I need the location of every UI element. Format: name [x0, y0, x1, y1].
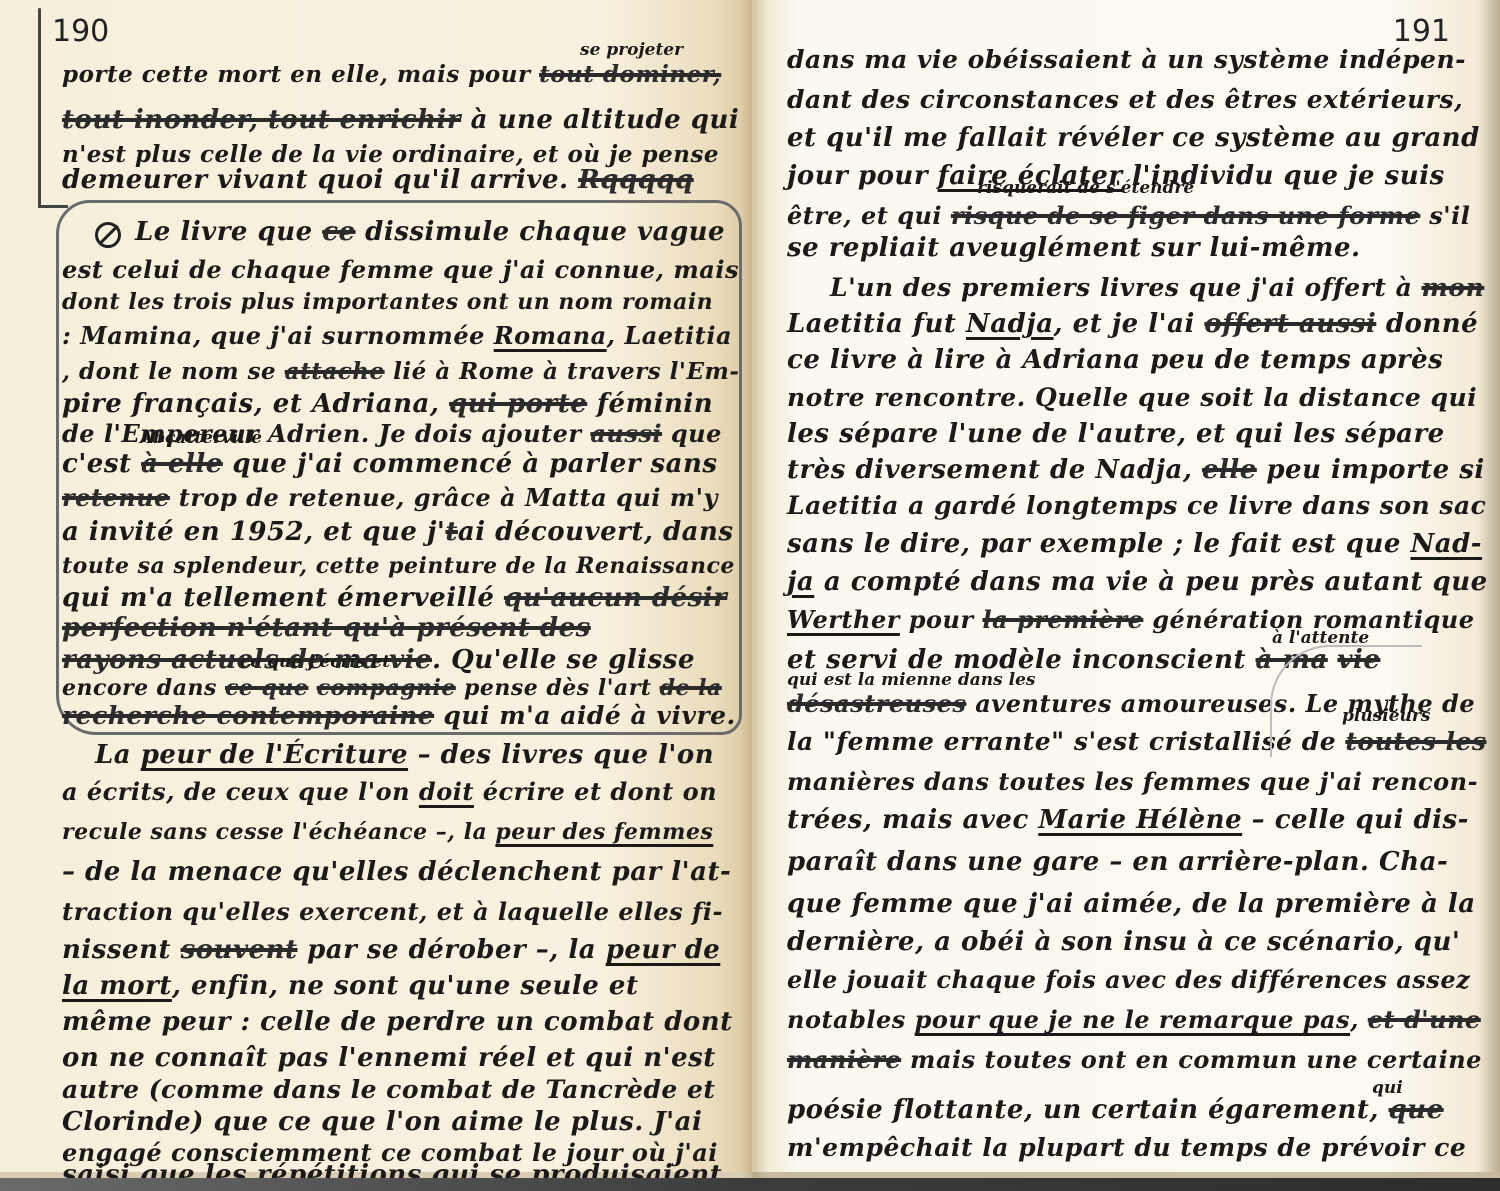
text-line: La peur de l'Écriture – des livres que l…: [95, 735, 714, 775]
book-edge: [0, 1178, 1500, 1191]
text-line: L'un des premiers livres que j'ai offert…: [830, 268, 1484, 308]
text-line: nissent souvent par se dérober –, la peu…: [62, 930, 720, 970]
text-line: poésie flottante, un certain égarement, …: [787, 1090, 1444, 1130]
text-line: recule sans cesse l'échéance –, la peur …: [62, 812, 713, 852]
text-line: sans le dire, par exemple ; le fait est …: [787, 524, 1482, 564]
text-line: recherche contemporaine qui m'a aidé à v…: [62, 696, 736, 736]
text-line: tout inonder, tout enrichir à une altitu…: [62, 100, 739, 140]
text-line: les sépare l'une de l'autre, et qui les …: [787, 414, 1445, 454]
text-line: très diversement de Nadja, elle peu impo…: [787, 450, 1485, 490]
text-line: dans ma vie obéissaient à un système ind…: [787, 40, 1466, 80]
left-page: 190 se projeter porte cette mort en elle…: [0, 0, 752, 1178]
text-line: dant des circonstances et des êtres exté…: [787, 80, 1463, 120]
text-line: ja a compté dans ma vie à peu près autan…: [787, 562, 1488, 602]
text-line: ce livre à lire à Adriana peu de temps a…: [787, 340, 1443, 380]
text-line: : Mamina, que j'ai surnommée Romana, Lae…: [62, 316, 732, 356]
text-line: paraît dans une gare – en arrière-plan. …: [787, 842, 1448, 882]
text-line: a écrits, de ceux que l'on doit écrire e…: [62, 772, 717, 812]
text-line: Le livre que ce dissimule chaque vague: [135, 212, 725, 252]
text-line: notables pour que je ne le remarque pas,…: [787, 1000, 1481, 1040]
margin-bracket-line: [38, 8, 41, 208]
notebook-spread: 190 se projeter porte cette mort en elle…: [0, 0, 1500, 1178]
page-number: 190: [52, 14, 109, 49]
text-line: trées, mais avec Marie Hélène – celle qu…: [787, 800, 1469, 840]
text-line: porte cette mort en elle, mais pour tout…: [62, 55, 721, 95]
text-line: se repliait aveuglément sur lui-même.: [787, 228, 1361, 268]
pencil-arc-mark: [1270, 645, 1422, 757]
text-line: manières dans toutes les femmes que j'ai…: [787, 762, 1478, 802]
text-line: et qu'il me fallait révéler ce système a…: [787, 118, 1480, 158]
text-line: même peur : celle de perdre un combat do…: [62, 1002, 733, 1042]
right-page: 191 dans ma vie obéissaient à un système…: [752, 0, 1500, 1178]
text-line: que femme que j'ai aimée, de la première…: [787, 884, 1476, 924]
text-line: manière mais toutes ont en commun une ce…: [787, 1040, 1482, 1080]
text-line: Laetitia a gardé longtemps ce livre dans…: [787, 486, 1486, 526]
text-line: m'empêchait la plupart du temps de prévo…: [787, 1128, 1466, 1168]
text-line: Werther pour la première génération roma…: [787, 600, 1474, 640]
insertion-arrow: [38, 205, 68, 208]
text-line: demeurer vivant quoi qu'il arrive. Rqqqq…: [62, 160, 694, 200]
interlinear-insert: risquerait de s'étendre: [977, 178, 1194, 198]
text-line: Laetitia fut Nadja, et je l'ai offert au…: [787, 304, 1478, 344]
text-line: traction qu'elles exercent, et à laquell…: [62, 892, 723, 932]
text-line: elle jouait chaque fois avec des différe…: [787, 960, 1470, 1000]
circled-cross-mark-icon: [95, 222, 121, 248]
text-line: notre rencontre. Quelle que soit la dist…: [787, 378, 1477, 418]
text-line: dernière, a obéi à son insu à ce scénari…: [787, 922, 1460, 962]
text-line: la mort, enfin, ne sont qu'une seule et: [62, 966, 638, 1006]
text-line: – de la menace qu'elles déclenchent par …: [62, 852, 731, 892]
